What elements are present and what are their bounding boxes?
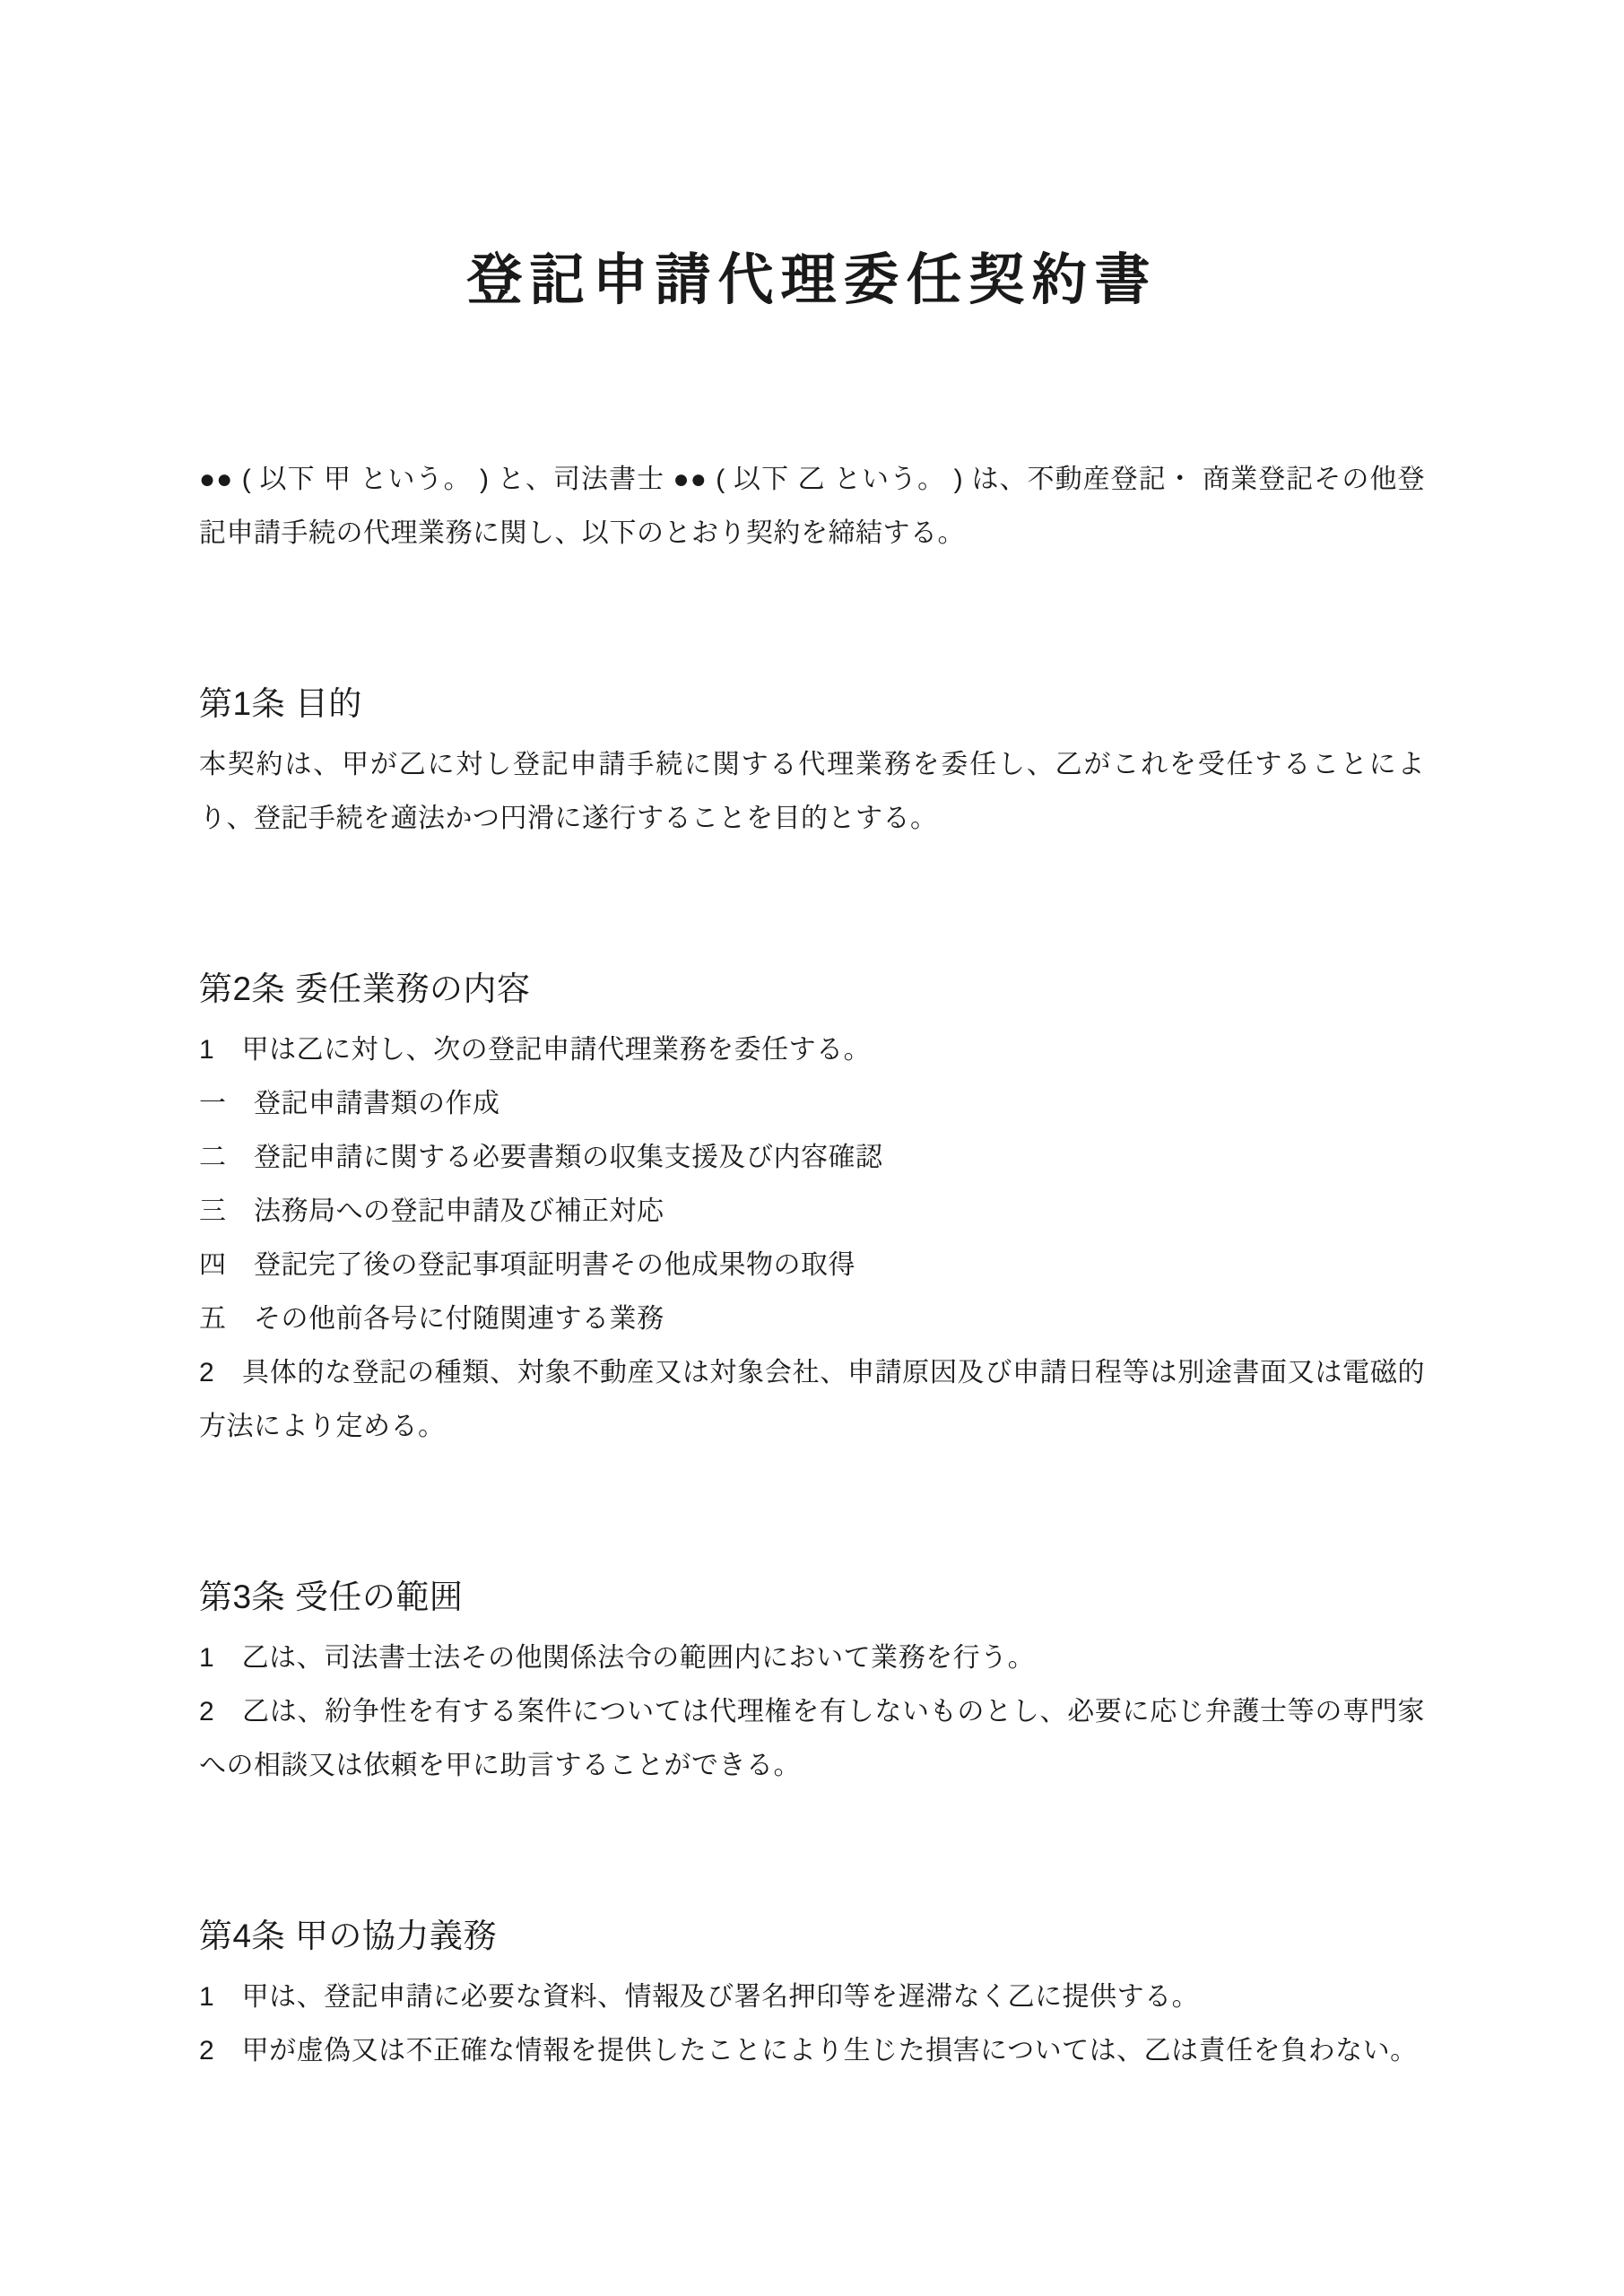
article-2-clause-1: 1 甲は乙に対し、次の登記申請代理業務を委任する。 [199, 1023, 1425, 1077]
article-2-item-1: 一 登記申請書類の作成 [199, 1077, 1425, 1131]
article-2: 第2条 委任業務の内容 1 甲は乙に対し、次の登記申請代理業務を委任する。 一 … [199, 962, 1425, 1454]
article-2-heading: 第2条 委任業務の内容 [199, 962, 1425, 1016]
article-2-item-5: 五 その他前各号に付随関連する業務 [199, 1292, 1425, 1346]
article-4-clause-2: 2 甲が虚偽又は不正確な情報を提供したことにより生じた損害については、乙は責任を… [199, 2024, 1425, 2078]
intro-paragraph: ●● ( 以下 甲 という。 ) と、司法書士 ●● ( 以下 乙 という。 )… [199, 453, 1425, 561]
article-3-heading: 第3条 受任の範囲 [199, 1570, 1425, 1624]
document-title: 登記申請代理委任契約書 [199, 248, 1425, 313]
article-4-heading: 第4条 甲の協力義務 [199, 1909, 1425, 1963]
document-body: 登記申請代理委任契約書 ●● ( 以下 甲 という。 ) と、司法書士 ●● (… [0, 248, 1624, 2078]
article-3-clause-1: 1 乙は、司法書士法その他関係法令の範囲内において業務を行う。 [199, 1631, 1425, 1685]
contract-page: { "colors": { "background": "#ffffff", "… [0, 0, 1624, 2296]
article-2-item-4: 四 登記完了後の登記事項証明書その他成果物の取得 [199, 1239, 1425, 1292]
article-4: 第4条 甲の協力義務 1 甲は、登記申請に必要な資料、情報及び署名押印等を遅滞な… [199, 1909, 1425, 2078]
article-3: 第3条 受任の範囲 1 乙は、司法書士法その他関係法令の範囲内において業務を行う… [199, 1570, 1425, 1793]
article-3-clause-2: 2 乙は、紛争性を有する案件については代理権を有しないものとし、必要に応じ弁護士… [199, 1685, 1425, 1793]
article-2-clause-2: 2 具体的な登記の種類、対象不動産又は対象会社、申請原因及び申請日程等は別途書面… [199, 1346, 1425, 1454]
article-1-clause-1: 本契約は、甲が乙に対し登記申請手続に関する代理業務を委任し、乙がこれを受任するこ… [199, 738, 1425, 846]
article-1: 第1条 目的 本契約は、甲が乙に対し登記申請手続に関する代理業務を委任し、乙がこ… [199, 677, 1425, 846]
article-4-clause-1: 1 甲は、登記申請に必要な資料、情報及び署名押印等を遅滞なく乙に提供する。 [199, 1970, 1425, 2024]
article-2-item-3: 三 法務局への登記申請及び補正対応 [199, 1185, 1425, 1239]
article-1-heading: 第1条 目的 [199, 677, 1425, 731]
article-2-item-2: 二 登記申請に関する必要書類の収集支援及び内容確認 [199, 1131, 1425, 1185]
